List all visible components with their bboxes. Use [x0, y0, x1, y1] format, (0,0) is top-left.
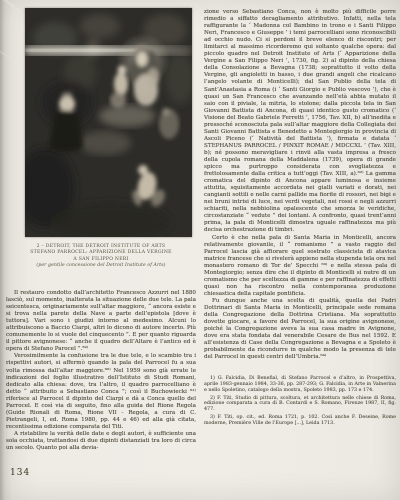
paragraph: Fu dunque anche una scelta di qualità, q…: [204, 298, 396, 361]
plate-painting: [25, 8, 192, 237]
footnotes-block: 1) G. Falcidia, Di Benefial, di Stefano …: [204, 376, 396, 426]
scanned-book-page: 2 – DETROIT, THE DETROIT INSTITUTE OF AR…: [0, 0, 400, 500]
paragraph: Verosimilmente la confusione tra le due …: [6, 353, 196, 431]
left-text-column: Il restauro condotto dall’architetto Fra…: [6, 290, 196, 452]
page-number: 134: [10, 468, 30, 478]
paragraph: A ristabilire la verità delle date e deg…: [6, 431, 196, 452]
paragraph: zione verso Sebastiano Conca, non è molt…: [204, 9, 396, 235]
right-text-column: zione verso Sebastiano Conca, non è molt…: [204, 9, 396, 428]
paragraph: Certo è che nella pala di Santa Maria in…: [204, 235, 396, 298]
caption-credit-line: (per gentile concessione del Detroit Ins…: [10, 263, 192, 269]
caption-line-2: STEFANO PARROCEL: APPARIZIONE DELLA VERG…: [10, 250, 192, 256]
footnote: 2) F. Titi, Studio di pittura, scoltura,…: [204, 396, 396, 414]
footnote: 3) F. Titi, op. cit., ed. Roma 1721, p. …: [204, 415, 396, 427]
footnote: 1) G. Falcidia, Di Benefial, di Stefano …: [204, 376, 396, 394]
plate-caption: 2 – DETROIT, THE DETROIT INSTITUTE OF AR…: [10, 244, 192, 270]
plate-figure: [25, 8, 192, 237]
paragraph: Il restauro condotto dall’architetto Fra…: [6, 290, 196, 353]
